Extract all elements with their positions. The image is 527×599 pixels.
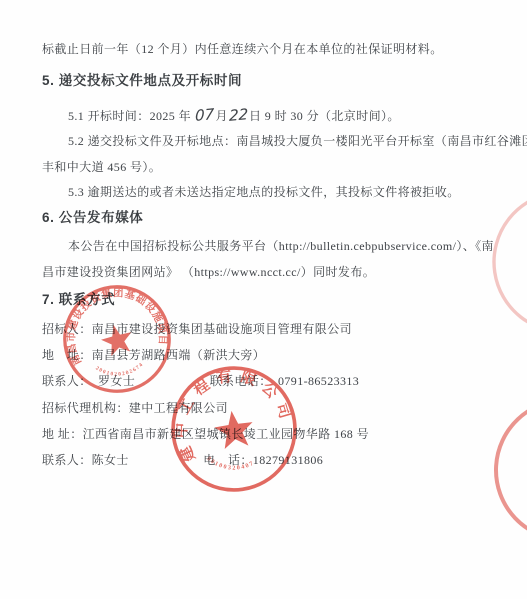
section5-item3: 5.3 逾期送达的或者未送达指定地点的投标文件，其投标文件将被拒收。 bbox=[68, 186, 460, 198]
document-page: 标截止日前一年（12 个月）内任意连续六个月在本单位的社保证明材料。 5. 递交… bbox=[0, 0, 527, 599]
bidder-round-seal: 南昌市建设投资集团基础设施项目管理有限公司 2001020202674 bbox=[47, 269, 188, 410]
handwritten-month: 07 bbox=[195, 107, 214, 124]
contact-row: 地 址：江西省南昌市新建区望城镇长堎工业园物华路 168 号 bbox=[42, 428, 369, 440]
contact-row: 联系人： 罗女士 联系电话： 0791-86523313 bbox=[42, 375, 359, 387]
contact-row: 地 址：南昌县芳湖路西端（新洪大旁） bbox=[42, 349, 265, 361]
section6-body-line2: 昌市建设投资集团网站》 （https://www.ncct.cc/）同时发布。 bbox=[42, 266, 375, 278]
edge-seal-top: 建中工程有限公司 bbox=[462, 160, 527, 365]
seal-ring bbox=[473, 377, 527, 563]
contact-row: 联系人：陈女士 电 话：18279131806 bbox=[42, 454, 323, 466]
section7-heading: 7. 联系方式 bbox=[42, 293, 115, 307]
section5-item2-line1: 5.2 递交投标文件及开标地点：南昌城投大厦负一楼阳光平台开标室（南昌市红谷滩区 bbox=[68, 135, 527, 147]
intro-line: 标截止日前一年（12 个月）内任意连续六个月在本单位的社保证明材料。 bbox=[42, 43, 443, 55]
seal-ring bbox=[468, 166, 527, 357]
edge-seal-bottom: 建中工程有限公司 bbox=[466, 370, 527, 569]
seal-company-name: 建中工程有限公司 bbox=[506, 391, 527, 565]
contact-row: 招标代理机构：建中工程有限公司 bbox=[42, 402, 228, 414]
section5-item1: 5.1 开标时间：2025 年 07月22日 9 时 30 分（北京时间）。 bbox=[68, 108, 400, 123]
section6-heading: 6. 公告发布媒体 bbox=[42, 211, 143, 225]
contact-row: 招标人：南昌市建设投资集团基础设施项目管理有限公司 bbox=[42, 323, 352, 335]
section6-body-line1: 本公告在中国招标投标公共服务平台（http://bulletin.cebpubs… bbox=[68, 240, 494, 252]
open-time-suffix: 日 9 时 30 分（北京时间）。 bbox=[249, 109, 400, 123]
section5-heading: 5. 递交投标文件地点及开标时间 bbox=[42, 74, 242, 88]
month-char: 月 bbox=[216, 109, 228, 123]
open-time-prefix: 5.1 开标时间：2025 年 bbox=[68, 109, 194, 123]
handwritten-day: 22 bbox=[229, 107, 248, 124]
section5-item2-line2: 丰和中大道 456 号）。 bbox=[42, 161, 161, 173]
